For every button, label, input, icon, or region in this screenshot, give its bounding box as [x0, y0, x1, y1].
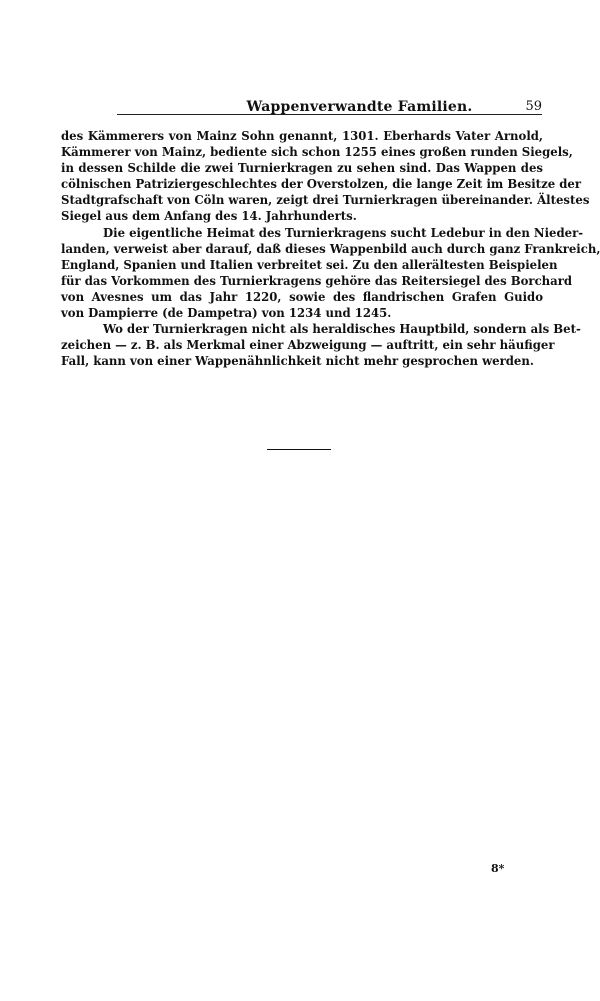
text-line: von Dampierre (de Dampetra) von 1234 und… [61, 305, 543, 321]
text-line: Die eigentliche Heimat des Turnierkragen… [61, 225, 543, 241]
running-title: Wappenverwandte Familien. [117, 99, 542, 115]
body-text: des Kämmerers von Mainz Sohn genannt, 13… [61, 128, 543, 369]
signature-mark: 8* [491, 862, 504, 875]
text-line: zeichen — z. B. als Merkmal einer Abzwei… [61, 337, 543, 353]
text-line: Stadtgrafschaft von Cöln waren, zeigt dr… [61, 192, 543, 208]
document-page: Wappenverwandte Familien. 59 des Kämmere… [0, 0, 600, 1001]
text-line: Kämmerer von Mainz, bediente sich schon … [61, 144, 543, 160]
text-line: Siegel aus dem Anfang des 14. Jahrhunder… [61, 208, 543, 224]
text-line: Fall, kann von einer Wappenähnlichkeit n… [61, 353, 543, 369]
page-number: 59 [525, 99, 542, 114]
text-line: von Avesnes um das Jahr 1220, sowie des … [61, 289, 543, 305]
text-line: des Kämmerers von Mainz Sohn genannt, 13… [61, 128, 543, 144]
text-line: landen, verweist aber darauf, daß dieses… [61, 241, 543, 257]
text-line: England, Spanien und Italien verbreitet … [61, 257, 543, 273]
text-line: für das Vorkommen des Turnierkragens geh… [61, 273, 543, 289]
text-line: Wo der Turnierkragen nicht als heraldisc… [61, 321, 543, 337]
section-divider [267, 449, 331, 450]
page-header: Wappenverwandte Familien. 59 [117, 97, 542, 119]
text-line: cölnischen Patriziergeschlechtes der Ove… [61, 176, 543, 192]
text-line: in dessen Schilde die zwei Turnierkragen… [61, 160, 543, 176]
